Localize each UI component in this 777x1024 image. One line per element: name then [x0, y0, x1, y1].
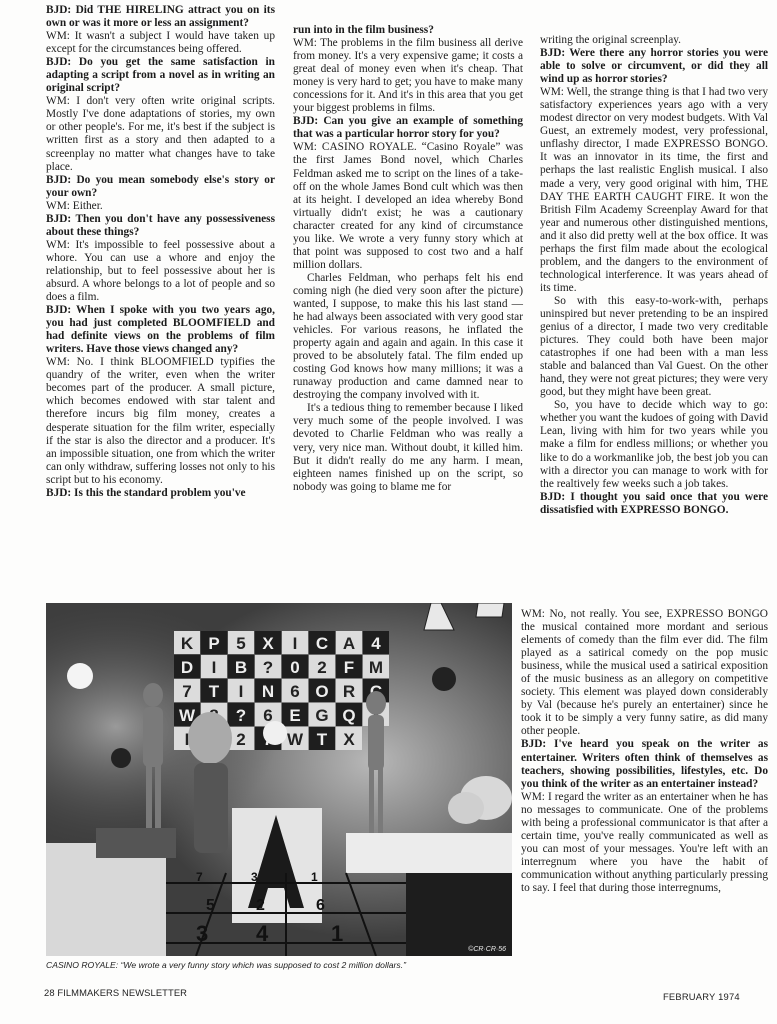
- interview-answer: WM: No, not really. You see, EXPRESSO BO…: [521, 608, 768, 738]
- svg-text:C: C: [316, 634, 328, 653]
- svg-text:5: 5: [206, 897, 215, 914]
- casino-royale-photo: KP5XICA4DIB?02FM7TIN6ORCW8?6EGQ8II27WTX: [46, 603, 512, 956]
- footer-issue-date: FEBRUARY 1974: [663, 991, 740, 1002]
- svg-text:B: B: [235, 658, 247, 677]
- svg-text:I: I: [212, 658, 217, 677]
- article-column-1: BJD: Did THE HIRELING attract you on its…: [46, 4, 275, 500]
- interview-question: BJD: Is this the standard problem you've: [46, 487, 275, 500]
- svg-text:N: N: [262, 682, 274, 701]
- svg-text:1: 1: [311, 870, 318, 884]
- svg-text:4: 4: [371, 634, 381, 653]
- svg-text:M: M: [369, 658, 383, 677]
- svg-text:K: K: [181, 634, 194, 653]
- interview-answer: WM: Well, the strange thing is that I ha…: [540, 86, 768, 295]
- svg-text:4: 4: [256, 921, 269, 946]
- answer-paragraph: So with this easy-to-work-with, perhaps …: [540, 295, 768, 399]
- interview-question: BJD: Then you don't have any possessiven…: [46, 213, 275, 239]
- svg-text:6: 6: [316, 897, 325, 914]
- svg-text:5: 5: [236, 634, 245, 653]
- article-column-3: writing the original screenplay.BJD: Wer…: [540, 34, 768, 517]
- svg-text:W: W: [287, 730, 304, 749]
- interview-question: BJD: Do you mean somebody else's story o…: [46, 174, 275, 200]
- svg-text:7: 7: [196, 870, 203, 884]
- interview-question: BJD: When I spoke with you two years ago…: [46, 304, 275, 356]
- answer-paragraph: It's a tedious thing to remember because…: [293, 402, 523, 493]
- film-still-illustration: KP5XICA4DIB?02FM7TIN6ORCW8?6EGQ8II27WTX: [46, 603, 512, 956]
- svg-text:X: X: [343, 730, 355, 749]
- interview-question: BJD: Can you give an example of somethin…: [293, 115, 523, 141]
- svg-text:E: E: [289, 706, 300, 725]
- photo-credit: ©CR·CR·56: [468, 946, 506, 953]
- interview-answer: WM: CASINO ROYALE. “Casino Royale” was t…: [293, 141, 523, 271]
- svg-text:?: ?: [263, 658, 273, 677]
- svg-text:2: 2: [317, 658, 326, 677]
- interview-answer: WM: It wasn't a subject I would have tak…: [46, 30, 275, 56]
- article-column-2: run into in the film business?WM: The pr…: [293, 24, 523, 494]
- interview-answer: writing the original screenplay.: [540, 34, 768, 47]
- svg-text:R: R: [343, 682, 355, 701]
- svg-text:2: 2: [236, 730, 245, 749]
- svg-text:I: I: [293, 634, 298, 653]
- svg-text:2: 2: [256, 897, 265, 914]
- svg-text:D: D: [181, 658, 193, 677]
- interview-question: BJD: I thought you said once that you we…: [540, 491, 768, 517]
- svg-text:6: 6: [290, 682, 299, 701]
- interview-question: run into in the film business?: [293, 24, 523, 37]
- svg-text:O: O: [315, 682, 328, 701]
- svg-text:?: ?: [236, 706, 246, 725]
- photo-caption: CASINO ROYALE: “We wrote a very funny st…: [46, 960, 516, 970]
- svg-text:I: I: [239, 682, 244, 701]
- svg-text:T: T: [317, 730, 328, 749]
- interview-question: BJD: I've heard you speak on the writer …: [521, 738, 768, 790]
- svg-text:A: A: [343, 634, 355, 653]
- svg-text:3: 3: [196, 921, 208, 946]
- interview-question: BJD: Were there any horror stories you w…: [540, 47, 768, 86]
- magazine-page: BJD: Did THE HIRELING attract you on its…: [0, 0, 777, 1024]
- interview-answer: WM: The problems in the film business al…: [293, 37, 523, 115]
- interview-answer: WM: Either.: [46, 200, 275, 213]
- answer-paragraph: Charles Feldman, who perhaps felt his en…: [293, 272, 523, 402]
- svg-text:0: 0: [290, 658, 299, 677]
- article-column-3-continued: WM: No, not really. You see, EXPRESSO BO…: [521, 608, 768, 895]
- svg-text:7: 7: [182, 682, 191, 701]
- svg-text:3: 3: [251, 870, 258, 884]
- svg-text:G: G: [315, 706, 328, 725]
- svg-text:Q: Q: [342, 706, 355, 725]
- interview-answer: WM: I regard the writer as an entertaine…: [521, 791, 768, 895]
- svg-text:F: F: [344, 658, 354, 677]
- svg-text:P: P: [208, 634, 219, 653]
- interview-answer: WM: It's impossible to feel possessive a…: [46, 239, 275, 304]
- svg-text:1: 1: [331, 921, 343, 946]
- answer-paragraph: So, you have to decide which way to go: …: [540, 399, 768, 490]
- interview-question: BJD: Do you get the same satisfaction in…: [46, 56, 275, 95]
- svg-text:T: T: [209, 682, 220, 701]
- interview-answer: WM: I don't very often write original sc…: [46, 95, 275, 173]
- footer-page-publication: 28 FILMMAKERS NEWSLETTER: [44, 987, 187, 998]
- interview-question: BJD: Did THE HIRELING attract you on its…: [46, 4, 275, 30]
- svg-text:X: X: [262, 634, 274, 653]
- interview-answer: WM: No. I think BLOOMFIELD typifies the …: [46, 356, 275, 486]
